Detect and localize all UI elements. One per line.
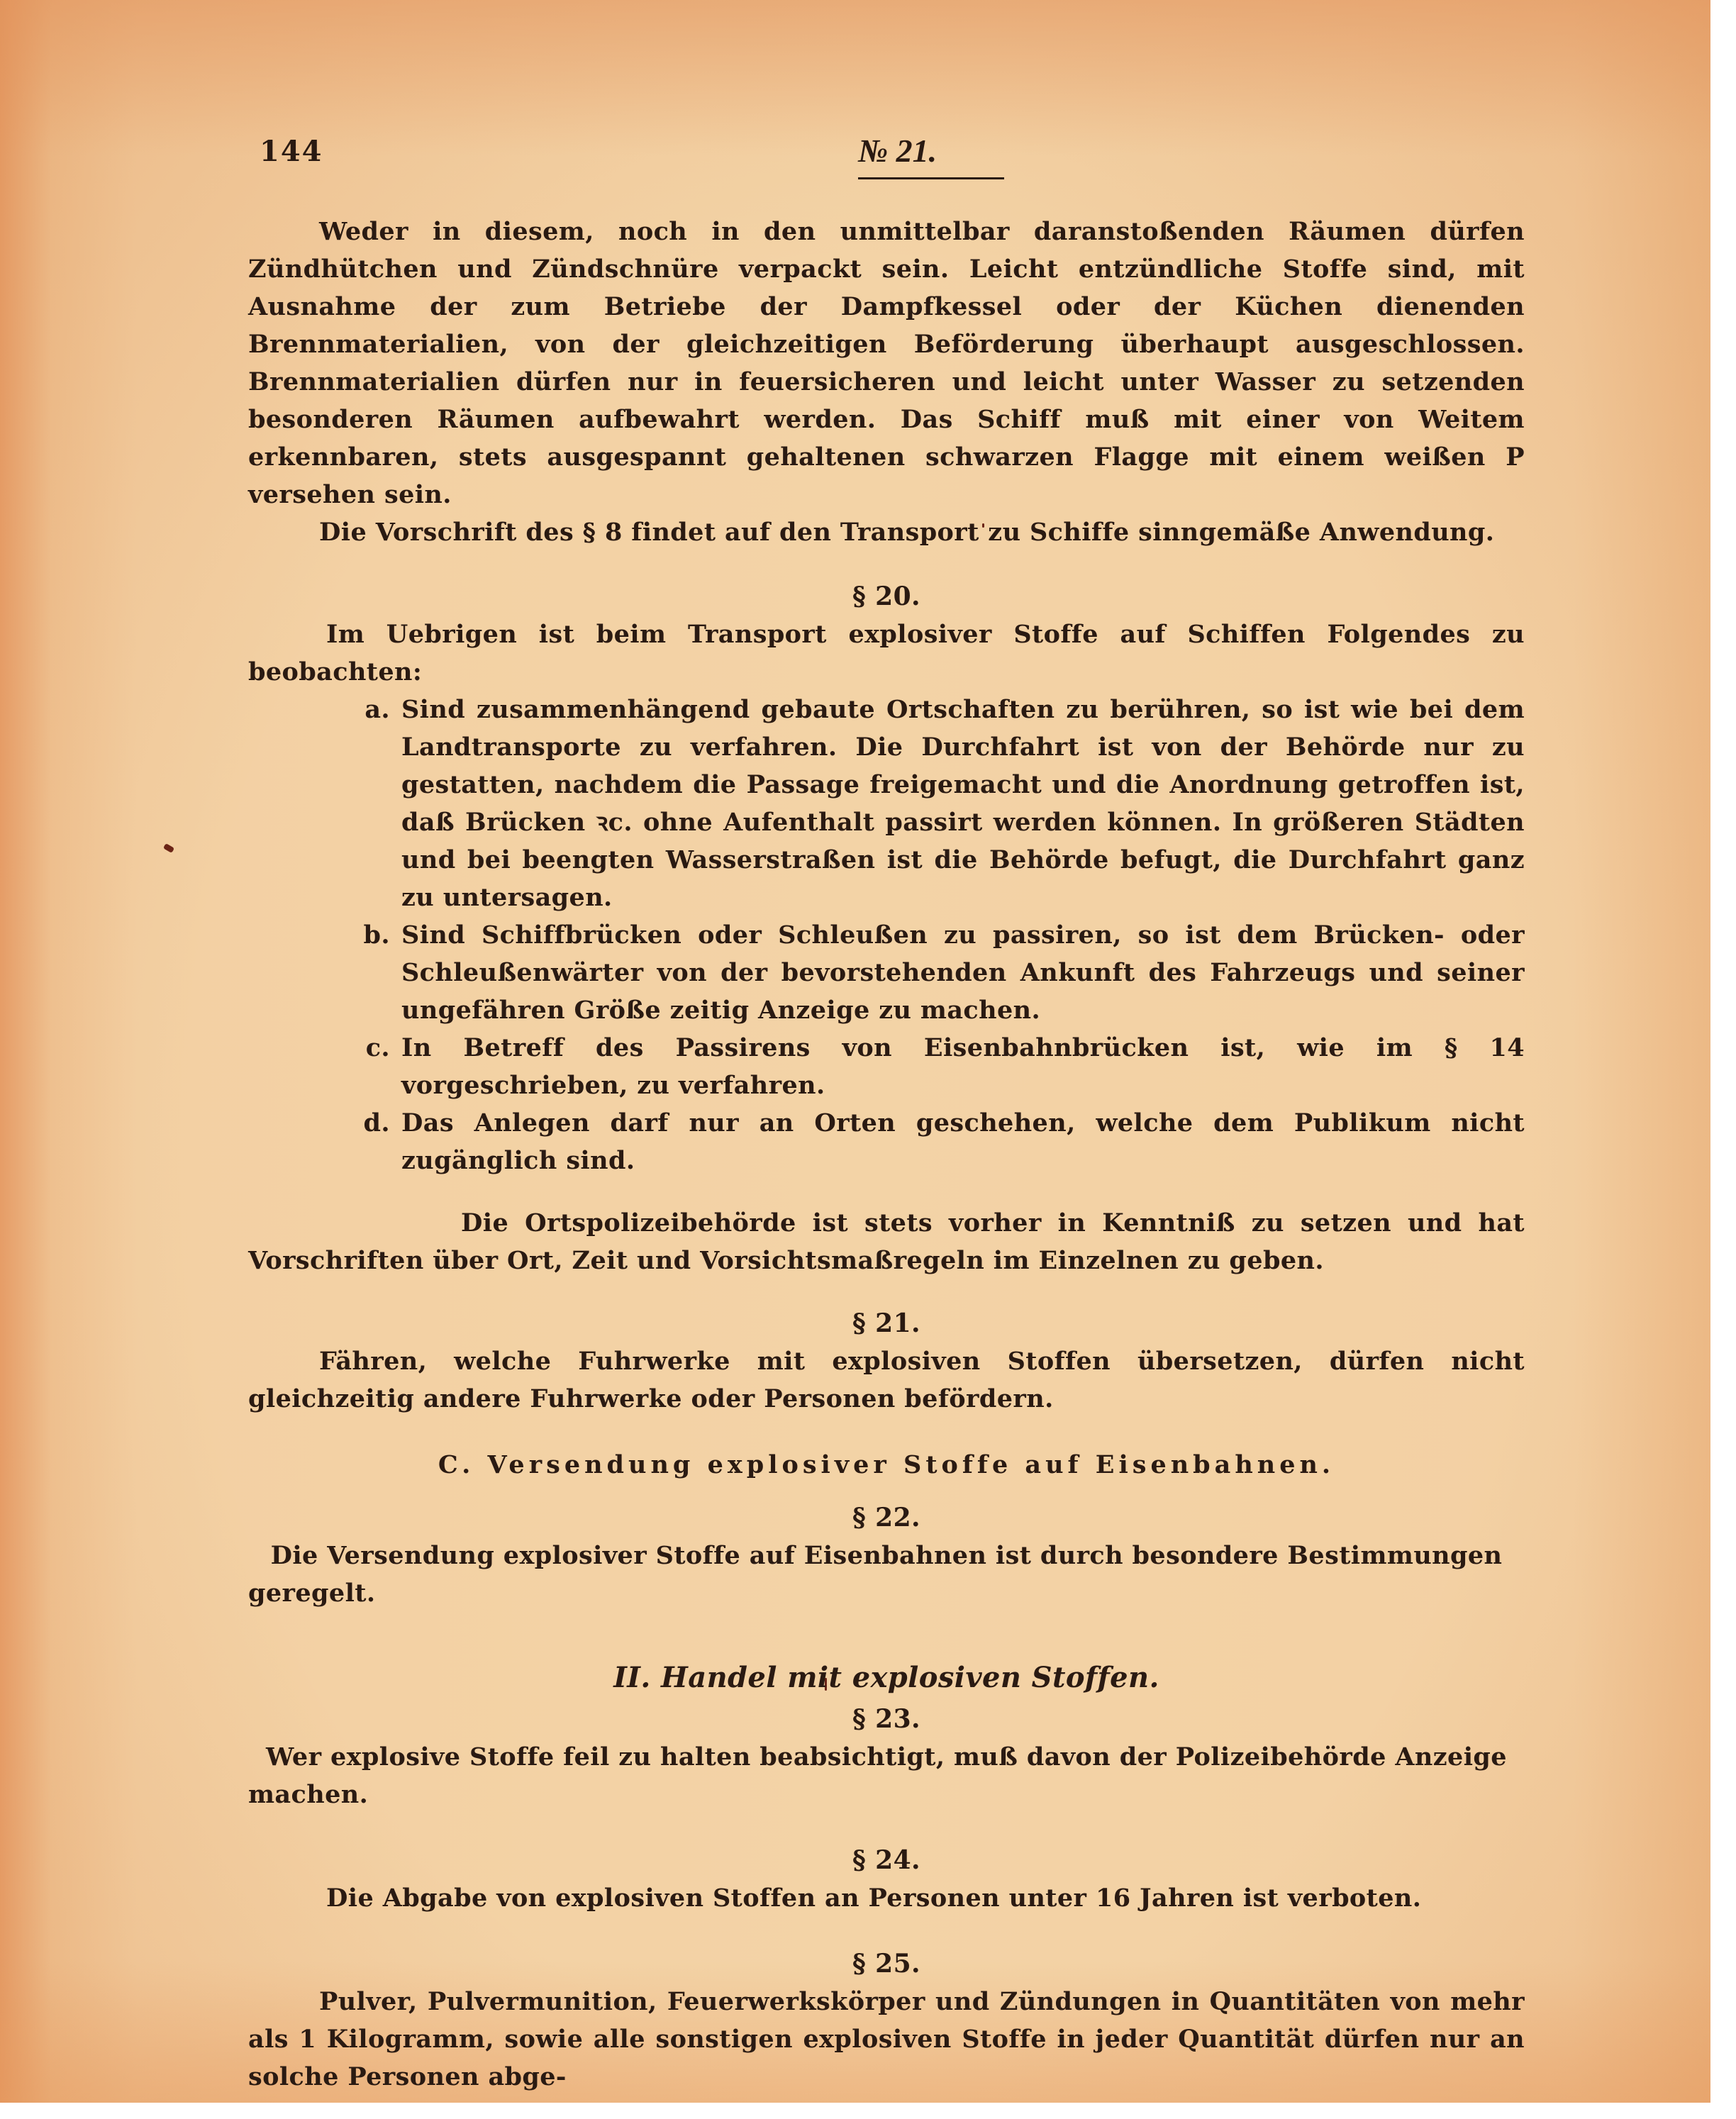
list-item-c: c. In Betreff des Passirens von Eisenbah…: [248, 1029, 1525, 1104]
part-ii-heading: II. Handel mit explosiven Stoffen.: [248, 1659, 1525, 1696]
list-text: Das Anlegen darf nur an Orten geschehen,…: [401, 1104, 1525, 1179]
page-number: 144: [260, 135, 323, 168]
list-text: Sind Schiffbrücken oder Schleußen zu pas…: [401, 916, 1525, 1029]
paragraph: Wer explosive Stoffe feil zu halten beab…: [248, 1738, 1525, 1813]
section-heading-22: § 22.: [248, 1499, 1525, 1537]
list-item-d: d. Das Anlegen darf nur an Orten gescheh…: [248, 1104, 1525, 1179]
paragraph: Die Vorschrift des § 8 findet auf den Tr…: [248, 513, 1525, 551]
section-heading-25: § 25.: [248, 1945, 1525, 1983]
list-label: a.: [347, 691, 401, 916]
paragraph: Die Versendung explosiver Stoffe auf Eis…: [248, 1537, 1525, 1612]
list-text: Sind zusammenhängend gebaute Ortschaften…: [401, 691, 1525, 916]
paragraph: Pulver, Pulvermunition, Feuerwerkskörper…: [248, 1983, 1525, 2096]
paragraph: Im Uebrigen ist beim Transport explosive…: [248, 616, 1525, 691]
section-heading-23: § 23.: [248, 1701, 1525, 1738]
list-item-d-subparagraph: Die Ortspolizeibehörde ist stets vorher …: [248, 1204, 1525, 1279]
section-heading-20: § 20.: [248, 578, 1525, 616]
section-c-heading: C. Versendung explosiver Stoffe auf Eise…: [248, 1446, 1525, 1484]
issue-number: № 21.: [858, 132, 937, 169]
section-heading-24: § 24.: [248, 1842, 1525, 1879]
list-label: b.: [347, 916, 401, 1029]
list-item-b: b. Sind Schiffbrücken oder Schleußen zu …: [248, 916, 1525, 1029]
issue-underline: [858, 177, 1004, 179]
list-label: d.: [347, 1104, 401, 1179]
paragraph: Weder in diesem, noch in den unmittelbar…: [248, 213, 1525, 513]
paragraph: Die Abgabe von explosiven Stoffen an Per…: [248, 1879, 1525, 1917]
list-text: In Betreff des Passirens von Eisenbahnbr…: [401, 1029, 1525, 1104]
document-body: Weder in diesem, noch in den unmittelbar…: [248, 213, 1525, 2096]
paragraph: Fähren, welche Fuhrwerke mit explosiven …: [248, 1342, 1525, 1418]
list-item-a: a. Sind zusammenhängend gebaute Ortschaf…: [248, 691, 1525, 916]
section-heading-21: § 21.: [248, 1305, 1525, 1342]
list-label: c.: [347, 1029, 401, 1104]
